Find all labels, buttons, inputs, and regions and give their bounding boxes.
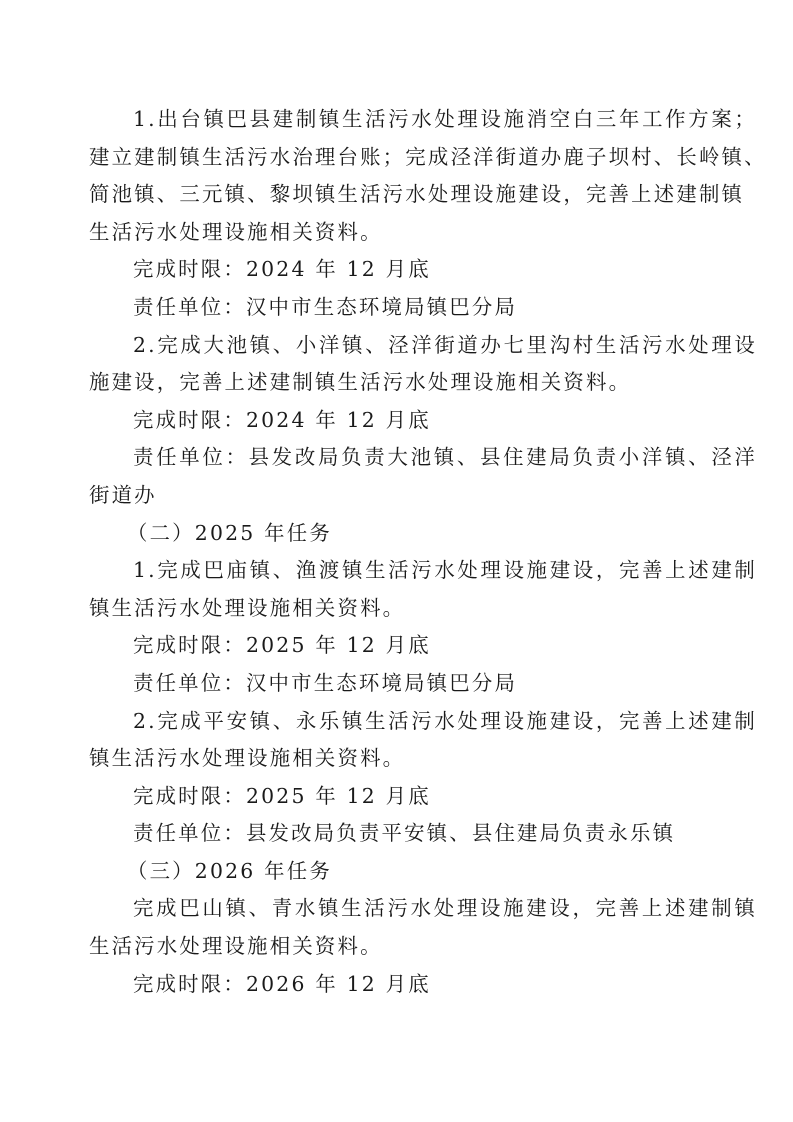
- task-2026-description-cont: 生活污水处理设施相关资料。: [89, 928, 713, 966]
- task-2024-2-responsible-unit: 责任单位：县发改局负责大池镇、县住建局负责小洋镇、泾洋: [89, 439, 757, 477]
- document-page: 1.出台镇巴县建制镇生活污水处理设施消空白三年工作方案； 建立建制镇生活污水治理…: [89, 101, 713, 1003]
- task-2024-1-responsible-unit: 责任单位：汉中市生态环境局镇巴分局: [89, 289, 713, 327]
- task-2025-2-description: 2.完成平安镇、永乐镇生活污水处理设施建设，完善上述建制: [89, 703, 757, 741]
- task-2024-2-deadline: 完成时限：2024 年 12 月底: [89, 402, 713, 440]
- task-2025-2-description-cont: 镇生活污水处理设施相关资料。: [89, 740, 713, 778]
- task-2025-1-deadline: 完成时限：2025 年 12 月底: [89, 627, 713, 665]
- task-2024-2-description-cont: 施建设，完善上述建制镇生活污水处理设施相关资料。: [89, 364, 713, 402]
- task-2025-2-responsible-unit: 责任单位：县发改局负责平安镇、县住建局负责永乐镇: [89, 815, 713, 853]
- task-2024-2-responsible-unit-cont: 街道办: [89, 477, 713, 515]
- task-2025-2-deadline: 完成时限：2025 年 12 月底: [89, 778, 713, 816]
- task-2025-1-responsible-unit: 责任单位：汉中市生态环境局镇巴分局: [89, 665, 713, 703]
- task-2026-description: 完成巴山镇、青水镇生活污水处理设施建设，完善上述建制镇: [89, 890, 757, 928]
- task-2024-1-deadline: 完成时限：2024 年 12 月底: [89, 251, 713, 289]
- task-2025-1-description-cont: 镇生活污水处理设施相关资料。: [89, 590, 713, 628]
- task-2024-1-description-cont: 简池镇、三元镇、黎坝镇生活污水处理设施建设，完善上述建制镇: [89, 176, 713, 214]
- task-2024-2-description: 2.完成大池镇、小洋镇、泾洋街道办七里沟村生活污水处理设: [89, 327, 757, 365]
- section-heading-2026: （三）2026 年任务: [89, 853, 713, 891]
- task-2024-1-description-cont: 建立建制镇生活污水治理台账；完成泾洋街道办鹿子坝村、长岭镇、: [89, 139, 713, 177]
- task-2024-1-description: 1.出台镇巴县建制镇生活污水处理设施消空白三年工作方案；: [89, 101, 757, 139]
- section-heading-2025: （二）2025 年任务: [89, 515, 713, 553]
- task-2026-deadline: 完成时限：2026 年 12 月底: [89, 966, 713, 1004]
- task-2024-1-description-cont: 生活污水处理设施相关资料。: [89, 214, 713, 252]
- task-2025-1-description: 1.完成巴庙镇、渔渡镇生活污水处理设施建设，完善上述建制: [89, 552, 757, 590]
